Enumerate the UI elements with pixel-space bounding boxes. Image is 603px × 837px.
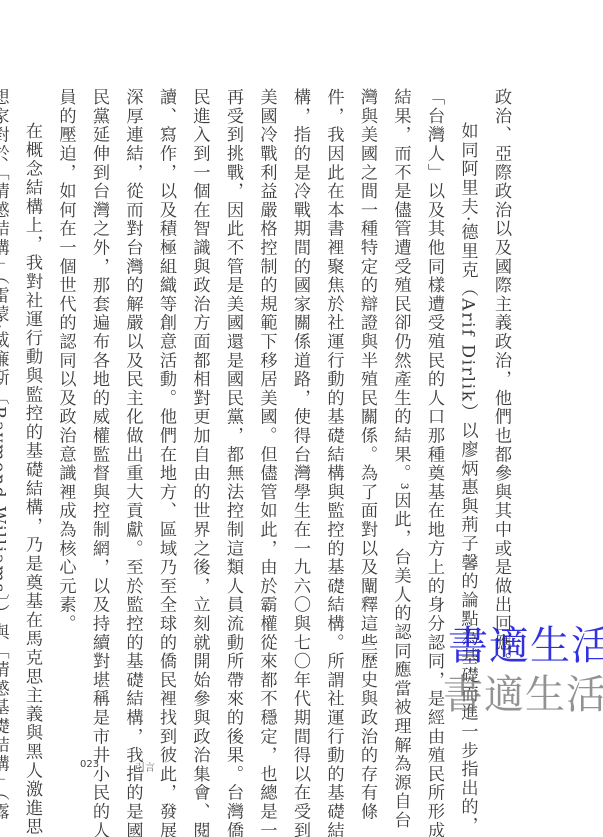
text-column-8: 美國冷戰利益嚴格控制的規範下移居美國。但儘管如此，由於霸權從來都不穩定，也總是一	[249, 88, 283, 724]
text-column-1: 政治、亞際政治以及國際主義政治，他們也都參與其中或是做出回應。	[484, 88, 518, 724]
text-column-10: 民進入到一個在智識與政治方面都相對更加自由的世界之後，立刻就開始參與政治集會、閱	[182, 88, 216, 724]
vertical-body-text: 政治、亞際政治以及國際主義政治，他們也都參與其中或是做出回應。 如同阿里夫·德里…	[0, 88, 517, 724]
page-number: 023	[80, 759, 99, 770]
running-head-chapter: 引言	[135, 759, 155, 774]
text-column-15-paragraph-start: 在概念結構上，我對社運行動與監控的基礎結構，乃是奠基在馬克思主義與黑人激進思	[15, 88, 49, 724]
text-column-12: 深厚連結，從而對台灣的解嚴以及民主化做出重大貢獻。至於監控的基礎結構，我指的是國	[115, 88, 149, 724]
text-column-5: 灣與美國之間一種特定的辯證與半殖民關係。為了面對以及闡釋這些歷史與政治的存有條	[350, 88, 384, 724]
text-column-2-paragraph-start: 如同阿里夫·德里克（Arif Dirlik）以廖炳惠與荊子馨的論點為基礎而進一步…	[450, 88, 484, 724]
text-column-4: 結果，而不是儘管遭受殖民卻仍然產生的結果。³因此，台美人的認同應當被理解為源自台	[383, 88, 417, 724]
text-column-14: 員的壓迫，如何在一個世代的認同以及政治意識裡成為核心元素。	[48, 88, 82, 724]
text-column-11: 讀、寫作，以及積極組織等創意活動。他們在地方、區域乃至全球的僑民裡找到彼此，發展	[149, 88, 183, 724]
text-column-6: 件，我因此在本書裡聚焦於社運行動的基礎結構與監控的基礎結構。所謂社運行動的基礎結	[316, 88, 350, 724]
text-column-3: 「台灣人」以及其他同樣遭受殖民的人口那種奠基在地方上的身分認同，是經由殖民所形成…	[417, 88, 451, 724]
text-column-16: 想家對於「情感結構」（雷蒙·威廉斯〔Raymond Williams〕）與「情感…	[0, 88, 15, 724]
text-column-7: 構，指的是冷戰期間的國家關係道路，使得台灣學生在一九六〇與七〇年代期間得以在受到	[283, 88, 317, 724]
text-column-9: 再受到挑戰，因此不管是美國還是國民黨，都無法控制這類人員流動所帶來的後果。台灣僑	[216, 88, 250, 724]
book-page: 政治、亞際政治以及國際主義政治，他們也都參與其中或是做出回應。 如同阿里夫·德里…	[0, 0, 603, 837]
text-column-13: 民黨延伸到台灣之外，那套遍布各地的威權監督與控制網，以及持續對堪稱是市井小民的人	[82, 88, 116, 724]
